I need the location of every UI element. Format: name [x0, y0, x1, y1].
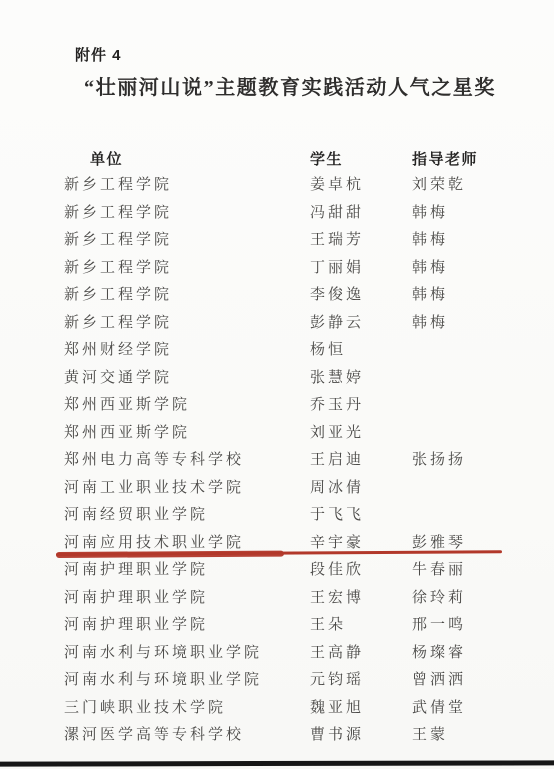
- cell-teacher: 彭雅琴: [412, 531, 514, 552]
- cell-student: 辛宇豪: [310, 531, 412, 552]
- cell-unit: 河南护理职业学院: [64, 586, 310, 607]
- cell-teacher: 王蒙: [412, 723, 514, 744]
- table-row: 郑州电力高等专科学校王启迪张扬扬: [64, 445, 514, 473]
- cell-unit: 新乡工程学院: [64, 256, 310, 277]
- cell-unit: 新乡工程学院: [64, 283, 310, 304]
- attachment-label: 附件 4: [75, 44, 122, 65]
- cell-student: 杨恒: [310, 338, 412, 359]
- table-rows: 新乡工程学院姜卓杭刘荣乾新乡工程学院冯甜甜韩梅新乡工程学院王瑞芳韩梅新乡工程学院…: [64, 170, 514, 748]
- cell-teacher: 韩梅: [412, 228, 514, 249]
- table-row: 漯河医学高等专科学校曹书源王蒙: [64, 720, 514, 748]
- cell-unit: 新乡工程学院: [64, 228, 310, 249]
- awards-table: 单位 学生 指导老师 新乡工程学院姜卓杭刘荣乾新乡工程学院冯甜甜韩梅新乡工程学院…: [64, 147, 514, 748]
- table-row: 河南应用技术职业学院辛宇豪彭雅琴: [64, 528, 514, 556]
- table-row: 郑州财经学院杨恒: [64, 335, 514, 363]
- cell-teacher: 韩梅: [412, 283, 514, 304]
- cell-student: 曹书源: [310, 723, 412, 744]
- cell-unit: 郑州西亚斯学院: [64, 421, 310, 442]
- cell-student: 李俊逸: [310, 283, 412, 304]
- cell-teacher: 武倩堂: [412, 696, 514, 717]
- cell-student: 姜卓杭: [310, 173, 412, 194]
- scan-bottom-edge: [0, 760, 554, 766]
- document-title: “壮丽河山说”主题教育实践活动人气之星奖: [84, 71, 544, 100]
- table-row: 河南经贸职业学院于飞飞: [64, 500, 514, 528]
- cell-student: 王朵: [310, 613, 412, 634]
- table-row: 新乡工程学院姜卓杭刘荣乾: [64, 170, 514, 198]
- cell-unit: 新乡工程学院: [64, 311, 310, 332]
- table-row: 郑州西亚斯学院刘亚光: [64, 418, 514, 446]
- cell-student: 王宏博: [310, 586, 412, 607]
- cell-unit: 河南水利与环境职业学院: [64, 668, 310, 689]
- cell-student: 元钧瑶: [310, 668, 412, 689]
- cell-student: 王瑞芳: [310, 228, 412, 249]
- table-header: 单位 学生 指导老师: [64, 147, 514, 170]
- cell-unit: 三门峡职业技术学院: [64, 696, 310, 717]
- cell-teacher: 牛春丽: [412, 558, 514, 579]
- table-row: 新乡工程学院王瑞芳韩梅: [64, 225, 514, 253]
- cell-unit: 新乡工程学院: [64, 201, 310, 222]
- cell-student: 周冰倩: [310, 476, 412, 497]
- table-row: 新乡工程学院丁丽娟韩梅: [64, 253, 514, 281]
- cell-unit: 河南水利与环境职业学院: [64, 641, 310, 662]
- cell-teacher: 杨璨睿: [412, 641, 514, 662]
- cell-teacher: 曾洒洒: [412, 668, 514, 689]
- cell-unit: 郑州电力高等专科学校: [64, 448, 310, 469]
- cell-unit: 河南护理职业学院: [64, 613, 310, 634]
- cell-student: 乔玉丹: [310, 393, 412, 414]
- cell-teacher: 刘荣乾: [412, 173, 514, 194]
- table-row: 河南水利与环境职业学院元钧瑶曾洒洒: [64, 665, 514, 693]
- cell-student: 王启迪: [310, 448, 412, 469]
- cell-unit: 河南应用技术职业学院: [64, 531, 310, 552]
- cell-student: 魏亚旭: [310, 696, 412, 717]
- cell-student: 丁丽娟: [310, 256, 412, 277]
- cell-unit: 郑州西亚斯学院: [64, 393, 310, 414]
- cell-teacher: 徐玲莉: [412, 586, 514, 607]
- cell-unit: 河南经贸职业学院: [64, 503, 310, 524]
- cell-unit: 河南工业职业技术学院: [64, 476, 310, 497]
- cell-student: 张慧婷: [310, 366, 412, 387]
- cell-unit: 河南护理职业学院: [64, 558, 310, 579]
- table-row: 河南工业职业技术学院周冰倩: [64, 473, 514, 501]
- cell-unit: 黄河交通学院: [64, 366, 310, 387]
- cell-teacher: 韩梅: [412, 201, 514, 222]
- table-row: 河南护理职业学院王朵邢一鸣: [64, 610, 514, 638]
- cell-teacher: 韩梅: [412, 256, 514, 277]
- cell-unit: 漯河医学高等专科学校: [64, 723, 310, 744]
- table-row: 新乡工程学院冯甜甜韩梅: [64, 198, 514, 226]
- table-row: 河南护理职业学院段佳欣牛春丽: [64, 555, 514, 583]
- table-row: 三门峡职业技术学院魏亚旭武倩堂: [64, 693, 514, 721]
- table-row: 河南护理职业学院王宏博徐玲莉: [64, 583, 514, 611]
- cell-student: 段佳欣: [310, 558, 412, 579]
- cell-unit: 新乡工程学院: [64, 173, 310, 194]
- cell-teacher: 张扬扬: [412, 448, 514, 469]
- table-row: 黄河交通学院张慧婷: [64, 363, 514, 391]
- scanned-document-page: 附件 4 “壮丽河山说”主题教育实践活动人气之星奖 单位 学生 指导老师 新乡工…: [0, 0, 554, 769]
- header-cell-teacher: 指导老师: [412, 148, 514, 169]
- table-row: 郑州西亚斯学院乔玉丹: [64, 390, 514, 418]
- table-row: 新乡工程学院李俊逸韩梅: [64, 280, 514, 308]
- header-cell-student: 学生: [310, 148, 412, 169]
- table-row: 新乡工程学院彭静云韩梅: [64, 308, 514, 336]
- cell-unit: 郑州财经学院: [64, 338, 310, 359]
- cell-teacher: 韩梅: [412, 311, 514, 332]
- header-cell-unit: 单位: [64, 148, 310, 169]
- table-row: 河南水利与环境职业学院王高静杨璨睿: [64, 638, 514, 666]
- cell-student: 冯甜甜: [310, 201, 412, 222]
- cell-teacher: 邢一鸣: [412, 613, 514, 634]
- cell-student: 刘亚光: [310, 421, 412, 442]
- cell-student: 于飞飞: [310, 503, 412, 524]
- cell-student: 彭静云: [310, 311, 412, 332]
- cell-student: 王高静: [310, 641, 412, 662]
